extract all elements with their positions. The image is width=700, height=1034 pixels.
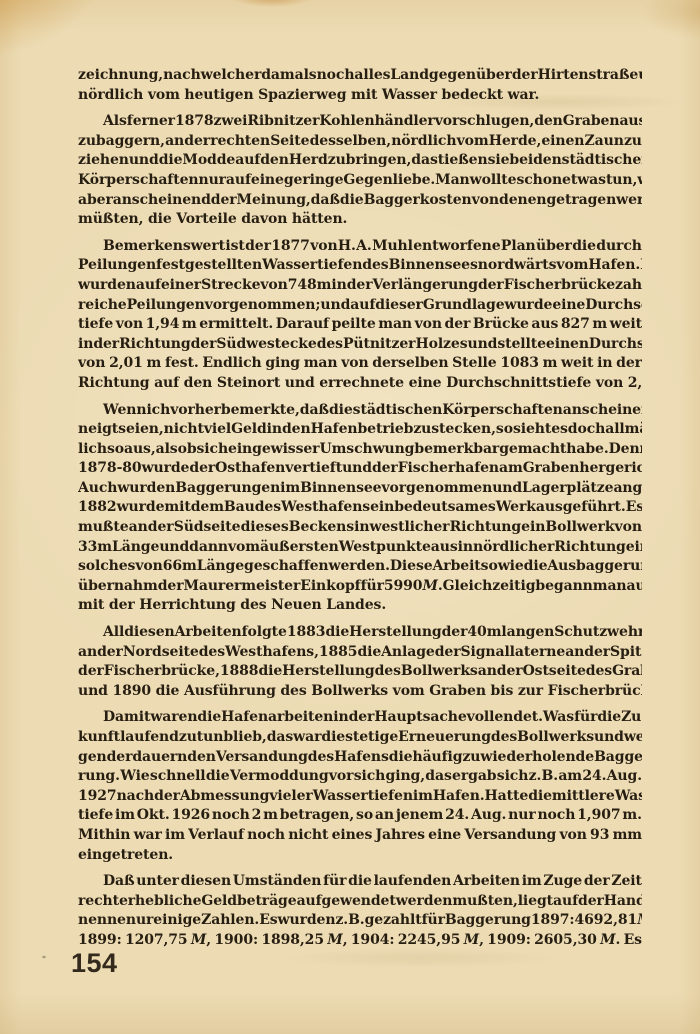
text-line: wurdenaufeinerStreckevon748minderVerläng… — [78, 276, 642, 296]
word: die — [325, 623, 349, 643]
word: ein — [521, 518, 545, 538]
word: im — [280, 479, 300, 499]
word: nur — [198, 171, 225, 191]
word: Zuge — [543, 872, 582, 892]
word: zubaggern, — [78, 132, 165, 152]
word: auf — [226, 171, 251, 191]
word: doch — [568, 420, 605, 440]
word: Land — [390, 66, 428, 86]
text-line: Wennichvorherbemerkte,daßdiestädtischenK… — [78, 401, 642, 421]
word: gemacht — [499, 440, 566, 460]
word: bei — [509, 151, 533, 171]
word: Darauf — [276, 315, 329, 335]
word: Erneuerung — [398, 728, 491, 748]
word: sie — [488, 151, 510, 171]
word: auf — [235, 151, 260, 171]
word: geschaffen — [244, 557, 328, 577]
word: dauernden — [132, 748, 215, 768]
word: die — [340, 191, 364, 211]
word: noch — [317, 66, 355, 86]
word: und — [320, 296, 350, 316]
word: wurden — [117, 479, 175, 499]
mark-currency-symbol: M — [422, 578, 437, 594]
word: ein — [228, 440, 252, 460]
word: nur — [508, 806, 535, 826]
word: solches — [78, 557, 135, 577]
word: so — [107, 440, 124, 460]
word: Richtung — [78, 374, 149, 394]
word: 4692,81 — [575, 911, 638, 931]
word: 24. — [582, 767, 606, 787]
word: Osthafen — [215, 459, 285, 479]
word: der — [158, 577, 184, 597]
mark-currency-symbol: M — [637, 912, 642, 928]
word: alles — [354, 66, 390, 86]
word: die — [528, 787, 552, 807]
word: Muhl — [372, 237, 413, 257]
word: Lagerplätze — [522, 479, 613, 499]
word: 1897: — [531, 911, 575, 931]
word: Baggerkosten — [364, 191, 472, 211]
word: Aug. — [471, 806, 506, 826]
word: und — [492, 479, 522, 499]
word: die — [148, 210, 172, 230]
word: Hafenbetrieb — [311, 420, 414, 440]
word: war — [293, 728, 321, 748]
word: Einkopf — [300, 577, 360, 597]
word: ferner — [127, 112, 175, 132]
word: tiefe — [78, 315, 113, 335]
word: der — [184, 132, 210, 152]
word: we= — [624, 728, 642, 748]
mark-currency-symbol: M — [600, 932, 615, 948]
word: und — [78, 682, 108, 702]
word: eines — [332, 826, 373, 846]
word: durch — [596, 237, 642, 257]
word: sich — [197, 440, 229, 460]
word: Nordseite — [123, 643, 199, 663]
word: getragen — [546, 191, 616, 211]
paragraph: DaßunterdiesenUmständenfürdielaufendenAr… — [78, 872, 642, 950]
word: Vermoddung — [230, 767, 329, 787]
word: sieht — [513, 420, 551, 440]
word: sowie — [481, 557, 524, 577]
word: entworfene — [413, 237, 500, 257]
text-line: mitderHerrichtungdesNeuenLandes. — [78, 596, 642, 616]
word: etwas — [562, 171, 606, 191]
word: war — [134, 826, 162, 846]
paragraph: Alsferner1878zweiRibnitzerKohlenhändlerv… — [78, 112, 642, 230]
word: im — [522, 872, 542, 892]
word: jenem — [396, 806, 443, 826]
word: Hauptsache — [374, 708, 466, 728]
word: Geldbeträge — [201, 892, 296, 912]
word: heutigen — [184, 86, 253, 106]
word: anscheinend — [563, 401, 642, 421]
word: m — [147, 354, 162, 374]
word: ein — [370, 498, 394, 518]
word: den — [534, 112, 563, 132]
text-line: inderRichtungderSüdwesteckedesPütnitzerH… — [78, 335, 642, 355]
word: Bollwerk — [545, 518, 614, 538]
word: noch — [247, 826, 285, 846]
word: Was — [543, 708, 574, 728]
word: und — [342, 459, 372, 479]
word: äußersten — [260, 538, 339, 558]
word: an — [478, 662, 497, 682]
word: mittlere — [552, 787, 615, 807]
word: ging — [265, 354, 300, 374]
mark-currency-symbol: M — [191, 932, 206, 948]
word: für — [323, 872, 346, 892]
word: Richtung — [119, 335, 190, 355]
word: 1890 — [112, 682, 151, 702]
word: zu — [413, 420, 431, 440]
word: 1900: — [214, 931, 258, 951]
word: hätten. — [292, 210, 347, 230]
word: mm — [613, 826, 642, 846]
word: nördlicher — [473, 538, 554, 558]
word: Holzes — [415, 335, 467, 355]
word: Durchschnitts= — [585, 296, 642, 316]
word: mit — [78, 596, 104, 616]
word: der — [584, 643, 610, 663]
word: in — [458, 538, 473, 558]
word: der — [245, 237, 271, 257]
word: Ostseite — [523, 662, 586, 682]
paragraph: Wennichvorherbemerkte,daßdiestädtischenK… — [78, 401, 642, 617]
word: wurde — [142, 459, 190, 479]
mark-currency-symbol: M — [464, 932, 479, 948]
word: eine — [552, 296, 585, 316]
word: noch — [537, 806, 575, 826]
word: Damit — [103, 708, 150, 728]
text-line: DaßunterdiesenUmständenfürdielaufendenAr… — [78, 872, 642, 892]
word: der — [372, 459, 398, 479]
word: ein — [626, 538, 642, 558]
text-line: 33mLängeunddannvomäußerstenWestpunkteaus… — [78, 538, 642, 558]
text-line: tiefevon1,94mermittelt.Daraufpeiltemanvo… — [78, 315, 642, 335]
word: Spitze — [610, 643, 642, 663]
word: für — [361, 577, 384, 597]
word: Versandung — [464, 826, 556, 846]
word: stießen — [430, 151, 488, 171]
word: 66 — [163, 557, 182, 577]
word: unter — [136, 872, 179, 892]
word: die — [156, 682, 180, 702]
word: Bagge= — [594, 748, 642, 768]
word: mußte — [78, 518, 129, 538]
word: davon — [241, 210, 287, 230]
word: da — [411, 151, 430, 171]
word: bemerkbar — [414, 440, 499, 460]
word: der — [97, 643, 123, 663]
word: Baggerung — [445, 911, 531, 931]
word: Es — [624, 931, 642, 951]
word: im — [413, 787, 433, 807]
word: an — [375, 806, 394, 826]
word: des — [308, 748, 334, 768]
word: die — [329, 401, 353, 421]
word: Zeit — [611, 872, 642, 892]
word: Neuen — [271, 596, 321, 616]
word: 40 — [467, 623, 486, 643]
word: die — [206, 767, 230, 787]
word: schon — [516, 171, 562, 191]
word: werden. — [329, 557, 390, 577]
word: z. — [335, 911, 348, 931]
word: 24. — [445, 806, 469, 826]
word: Endlich — [202, 354, 261, 374]
word: Hand. — [604, 892, 642, 912]
word: 5990 — [384, 577, 423, 597]
word: Binnensees — [389, 256, 478, 276]
word: Plan — [501, 237, 536, 257]
word: reiche — [78, 296, 127, 316]
word: der — [616, 354, 642, 374]
word: Wenn — [103, 401, 146, 421]
word: Beckens — [289, 518, 354, 538]
word: Daß — [103, 872, 135, 892]
word: Meinung, — [237, 191, 311, 211]
word: zeichnung, — [78, 66, 163, 86]
word: man — [593, 577, 627, 597]
word: ergab — [452, 767, 496, 787]
word: m — [543, 354, 558, 374]
word: nach — [163, 66, 201, 86]
word: Westhafens, — [225, 643, 319, 663]
word: weit — [561, 354, 593, 374]
word: der — [78, 662, 104, 682]
word: des — [317, 335, 343, 355]
word: laufend — [120, 728, 179, 748]
word: Südwestecke — [216, 335, 316, 355]
word: vorgenommen — [382, 479, 493, 499]
word: errechnete — [319, 374, 404, 394]
word: Zaun — [585, 132, 624, 152]
word: nordwärts — [478, 256, 557, 276]
text-line: 1899:1207,75M,1900:1898,25M,1904:2245,95… — [78, 931, 642, 951]
word: Hafen. — [433, 787, 485, 807]
text-line: 1882wurdemitdemBaudesWesthafenseinbedeut… — [78, 498, 642, 518]
word: laufenden — [374, 872, 452, 892]
text-line: zubaggern,anderrechtenSeitedesselben,nör… — [78, 132, 642, 152]
word: nicht — [164, 420, 204, 440]
word: von — [596, 374, 623, 394]
text-line: neigtseien,nichtvielGeldindenHafenbetrie… — [78, 420, 642, 440]
word: zu — [462, 748, 480, 768]
word: so — [496, 420, 513, 440]
text-line: ziehenunddieModdeaufdenHerdzubringen,das… — [78, 151, 642, 171]
word: am — [499, 459, 523, 479]
word: 1,907 — [577, 806, 620, 826]
word: desselben, — [310, 132, 391, 152]
word: der — [148, 518, 174, 538]
word: nördlich — [391, 132, 456, 152]
word: Ribnitzer — [247, 112, 319, 132]
word: Hafens — [334, 748, 389, 768]
word: Hatte — [485, 787, 529, 807]
word: Fischerbrücke — [504, 276, 615, 296]
word: All — [103, 623, 124, 643]
word: gezahlt — [365, 911, 422, 931]
word: nach — [117, 787, 155, 807]
word: 2605,30 — [534, 931, 597, 951]
word: m — [263, 806, 278, 826]
word: des — [280, 682, 306, 702]
word: Aug. — [607, 767, 642, 787]
word: nördlich — [78, 86, 143, 106]
word: Steinort — [217, 374, 280, 394]
word: Verlängerung — [372, 276, 477, 296]
word: aus, — [124, 440, 156, 460]
word: des — [362, 256, 388, 276]
word: mit — [164, 498, 190, 518]
word: Es — [259, 911, 277, 931]
word: Bollwerks — [401, 662, 478, 682]
word: im — [115, 806, 135, 826]
word: eingetreten. — [78, 846, 173, 866]
word: vieler — [269, 787, 312, 807]
word: 1885 — [319, 643, 358, 663]
word: einen — [546, 335, 589, 355]
word: von — [116, 315, 143, 335]
word: angelegt. — [613, 479, 642, 499]
word: auf — [154, 374, 179, 394]
word: vollendet. — [467, 708, 543, 728]
word: der — [93, 335, 119, 355]
word: zu — [179, 728, 197, 748]
word: der — [442, 623, 468, 643]
word: 748 — [288, 276, 317, 296]
word: über — [536, 237, 572, 257]
word: gen — [78, 748, 107, 768]
word: Denn — [609, 440, 642, 460]
word: die — [572, 237, 596, 257]
word: der — [478, 276, 504, 296]
word: tiefe — [78, 806, 113, 826]
word: 1882 — [78, 498, 117, 518]
word: werden — [396, 892, 453, 912]
word: städtischen — [562, 151, 642, 171]
word: Wasser — [382, 86, 437, 106]
word: Körperschaften — [442, 401, 562, 421]
word: 1883 — [287, 623, 326, 643]
word: B. — [348, 911, 365, 931]
word: das — [425, 767, 451, 787]
word: Wassertiefen — [262, 256, 362, 276]
word: Hafenarbeiten — [221, 708, 333, 728]
word: 1926 — [171, 806, 210, 826]
word: Südseite — [174, 518, 241, 538]
text-line: rung.WieschnelldieVermoddungvorsichging,… — [78, 767, 642, 787]
word: vorschlugen, — [435, 112, 534, 132]
text-line: 1878-80wurdederOsthafenvertieftundderFis… — [78, 459, 642, 479]
word: übernahm — [78, 577, 158, 597]
word: am — [558, 767, 582, 787]
word: auf — [350, 296, 375, 316]
word: die — [159, 151, 183, 171]
word: Man — [435, 171, 469, 191]
word: Herrichtung — [139, 596, 235, 616]
word: in — [78, 335, 93, 355]
word: und — [638, 66, 642, 86]
word: von — [615, 518, 642, 538]
word: kunft — [78, 728, 120, 748]
word: Binnensee — [300, 479, 381, 499]
word: noch — [212, 806, 250, 826]
word: vorher — [170, 401, 221, 421]
word: gegenüber — [429, 66, 512, 86]
word: ging, — [386, 767, 425, 787]
word: Peilungen — [127, 296, 205, 316]
word: bedeutsames — [394, 498, 496, 518]
word: wurden — [278, 911, 336, 931]
word: Strecke — [201, 276, 260, 296]
word: Länge — [197, 557, 244, 577]
word: rechten — [210, 132, 270, 152]
paragraph: Bemerkenswertistder1877vonH.A.Muhlentwor… — [78, 237, 642, 394]
word: wiederholende — [480, 748, 594, 768]
word: stetige — [345, 728, 398, 748]
word: neigt — [78, 420, 118, 440]
word: 1904: — [351, 931, 395, 951]
word: und — [159, 538, 189, 558]
word: Fischerbrücke. — [548, 682, 642, 702]
text-line: RichtungaufdenSteinortunderrechneteeineD… — [78, 374, 642, 394]
text-line: zeichnung,nachwelcherdamalsnochallesLand… — [78, 66, 642, 86]
word: des — [375, 662, 401, 682]
word: Schutzwehr — [554, 623, 642, 643]
word: auch — [627, 577, 643, 597]
word: A. — [356, 237, 372, 257]
text-line: nennenureinigeZahlen.Eswurdenz.B.gezahlt… — [78, 911, 642, 931]
word: Gegenliebe. — [343, 171, 435, 191]
word: Westhafens — [281, 498, 370, 518]
word: Arbeiten — [453, 872, 520, 892]
word: von — [135, 557, 162, 577]
word: vom — [228, 538, 260, 558]
word: 1083 — [500, 354, 539, 374]
word: Jahres — [376, 826, 425, 846]
word: und — [129, 151, 159, 171]
word: nicht — [288, 826, 328, 846]
word: Zahlen. — [201, 911, 259, 931]
word: man — [378, 315, 412, 335]
word: die — [321, 728, 345, 748]
word: der — [349, 708, 375, 728]
word: werden — [616, 191, 642, 211]
word: M. — [422, 577, 442, 597]
word: eine — [409, 374, 442, 394]
word: 1898,25 — [261, 931, 324, 951]
word: sich — [497, 767, 529, 787]
word: Umständen — [233, 872, 322, 892]
word: liegt — [518, 892, 553, 912]
text-line: tiefeimOkt.1926noch2mbetragen,soanjenem2… — [78, 806, 642, 826]
word: es — [551, 420, 568, 440]
word: war — [637, 171, 642, 191]
word: Bau — [224, 498, 255, 518]
text-line: KörperschaftennuraufeinegeringeGegenlieb… — [78, 171, 642, 191]
word: zur — [518, 682, 543, 702]
word: in — [331, 276, 346, 296]
word: städtischen — [353, 401, 443, 421]
paragraph: zeichnung,nachwelcherdamalsnochallesLand… — [78, 66, 642, 105]
word: vom — [393, 682, 425, 702]
page-text: zeichnung,nachwelcherdamalsnochallesLand… — [78, 66, 642, 951]
word: einen — [541, 132, 584, 152]
